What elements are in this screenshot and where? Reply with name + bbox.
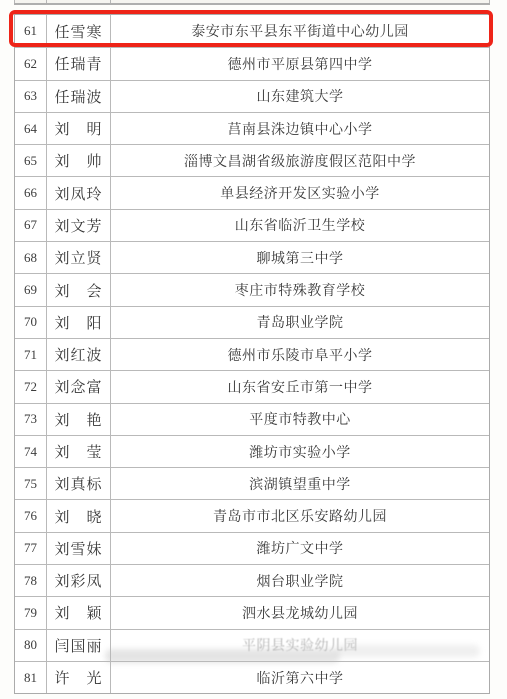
rank-text: 79 (24, 605, 37, 621)
rank-cell: 66 (15, 177, 47, 208)
name-cell: 任雪寒 (47, 15, 111, 47)
name-text: 任瑞青 (54, 53, 102, 74)
rank-text: 74 (24, 444, 37, 460)
name-text: 任雪寒 (54, 21, 102, 42)
school-cell: 莒南县洙边镇中心小学 (111, 113, 489, 144)
rank-cell: 79 (15, 597, 47, 628)
rank-text: 61 (24, 23, 37, 39)
school-text: 德州市乐陵市阜平小学 (228, 345, 373, 365)
rank-text: 67 (24, 217, 37, 233)
rank-cell: 65 (15, 145, 47, 176)
table-row: 78 刘彩凤 烟台职业学院 (15, 564, 489, 596)
table-border-stub (110, 0, 111, 3)
school-text: 单县经济开发区实验小学 (220, 183, 380, 203)
rank-text: 65 (24, 153, 37, 169)
name-cell: 刘真标 (47, 468, 111, 499)
school-cell: 青岛市市北区乐安路幼儿园 (111, 500, 489, 531)
rank-cell: 75 (15, 468, 47, 499)
rank-cell: 61 (15, 15, 47, 47)
name-cell: 刘 阳 (47, 307, 111, 338)
table-row: 76 刘 晓 青岛市市北区乐安路幼儿园 (15, 499, 489, 531)
table-row: 75 刘真标 滨湖镇望重中学 (15, 467, 489, 499)
table-row: 81 许 光 临沂第六中学 (15, 661, 489, 693)
rank-cell: 71 (15, 339, 47, 370)
name-cell: 刘立贤 (47, 242, 111, 273)
table-row: 73 刘 艳 平度市特教中心 (15, 403, 489, 435)
rank-text: 69 (24, 282, 37, 298)
table-row: 69 刘 会 枣庄市特殊教育学校 (15, 273, 489, 305)
rank-cell: 68 (15, 242, 47, 273)
school-cell: 山东建筑大学 (111, 81, 489, 112)
school-text: 山东建筑大学 (257, 86, 344, 106)
name-text: 刘真标 (54, 473, 102, 494)
rank-cell: 72 (15, 371, 47, 402)
rank-cell: 77 (15, 533, 47, 564)
rank-text: 75 (24, 476, 37, 492)
table-row: 70 刘 阳 青岛职业学院 (15, 306, 489, 338)
school-text: 潍坊市实验小学 (249, 442, 351, 462)
school-text: 烟台职业学院 (257, 571, 344, 591)
rank-cell: 78 (15, 565, 47, 596)
rank-cell: 74 (15, 436, 47, 467)
name-text: 刘念富 (54, 376, 102, 397)
rank-cell: 73 (15, 404, 47, 435)
table-row: 66 刘凤玲 单县经济开发区实验小学 (15, 176, 489, 208)
rank-cell: 76 (15, 500, 47, 531)
school-cell: 潍坊广文中学 (111, 533, 489, 564)
rank-text: 73 (24, 411, 37, 427)
name-text: 刘 会 (54, 280, 102, 301)
school-text: 潍坊广文中学 (257, 538, 344, 558)
table-row: 77 刘雪妹 潍坊广文中学 (15, 532, 489, 564)
name-text: 刘雪妹 (54, 538, 102, 559)
rank-text: 66 (24, 185, 37, 201)
table-row: 72 刘念富 山东省安丘市第一中学 (15, 370, 489, 402)
school-cell: 山东省临沂卫生学校 (111, 210, 489, 241)
rank-cell: 69 (15, 274, 47, 305)
rank-text: 68 (24, 250, 37, 266)
rank-text: 78 (24, 573, 37, 589)
school-cell: 聊城第三中学 (111, 242, 489, 273)
roster-table: 61 任雪寒 泰安市东平县东平街道中心幼儿园 62 任瑞青 德州市平原县第四中学… (14, 14, 490, 694)
name-cell: 许 光 (47, 662, 111, 693)
name-cell: 任瑞青 (47, 48, 111, 79)
name-cell: 刘彩凤 (47, 565, 111, 596)
rank-cell: 70 (15, 307, 47, 338)
school-text: 泰安市东平县东平街道中心幼儿园 (191, 21, 409, 41)
name-cell: 刘 帅 (47, 145, 111, 176)
school-text: 聊城第三中学 (257, 248, 344, 268)
school-text: 淄博文昌湖省级旅游度假区范阳中学 (184, 151, 416, 171)
school-cell: 枣庄市特殊教育学校 (111, 274, 489, 305)
school-cell: 潍坊市实验小学 (111, 436, 489, 467)
table-row: 79 刘 颖 泗水县龙城幼儿园 (15, 596, 489, 628)
school-text: 山东省临沂卫生学校 (235, 215, 366, 235)
scanned-roster-page: 61 任雪寒 泰安市东平县东平街道中心幼儿园 62 任瑞青 德州市平原县第四中学… (0, 0, 507, 699)
rank-cell: 67 (15, 210, 47, 241)
table-row: 64 刘 明 莒南县洙边镇中心小学 (15, 112, 489, 144)
school-text: 临沂第六中学 (257, 668, 344, 688)
school-cell: 德州市平原县第四中学 (111, 48, 489, 79)
name-text: 刘红波 (54, 344, 102, 365)
name-text: 刘文芳 (54, 215, 102, 236)
rank-text: 81 (24, 670, 37, 686)
school-text: 平阴县实验幼儿园 (242, 635, 358, 655)
name-text: 任瑞波 (54, 86, 102, 107)
name-cell: 刘 晓 (47, 500, 111, 531)
school-cell: 滨湖镇望重中学 (111, 468, 489, 499)
name-cell: 刘 明 (47, 113, 111, 144)
rank-text: 63 (24, 88, 37, 104)
school-cell: 临沂第六中学 (111, 662, 489, 693)
name-text: 刘 明 (54, 118, 102, 139)
table-row: 71 刘红波 德州市乐陵市阜平小学 (15, 338, 489, 370)
rank-text: 72 (24, 379, 37, 395)
name-text: 许 光 (54, 667, 102, 688)
rank-text: 64 (24, 121, 37, 137)
school-cell: 淄博文昌湖省级旅游度假区范阳中学 (111, 145, 489, 176)
name-text: 刘 颖 (54, 602, 102, 623)
name-text: 刘 晓 (54, 506, 102, 527)
school-cell: 单县经济开发区实验小学 (111, 177, 489, 208)
school-cell: 泰安市东平县东平街道中心幼儿园 (111, 15, 489, 47)
table-row: 62 任瑞青 德州市平原县第四中学 (15, 47, 489, 79)
name-text: 刘立贤 (54, 247, 102, 268)
rank-text: 76 (24, 508, 37, 524)
school-text: 枣庄市特殊教育学校 (235, 280, 366, 300)
name-cell: 刘 艳 (47, 404, 111, 435)
name-cell: 刘凤玲 (47, 177, 111, 208)
rank-text: 70 (24, 314, 37, 330)
table-row: 80 闫国丽 平阴县实验幼儿园 (15, 629, 489, 661)
school-text: 德州市平原县第四中学 (228, 54, 373, 74)
rank-text: 77 (24, 540, 37, 556)
rank-cell: 62 (15, 48, 47, 79)
school-cell: 平阴县实验幼儿园 (111, 630, 489, 661)
table-row: 68 刘立贤 聊城第三中学 (15, 241, 489, 273)
school-cell: 平度市特教中心 (111, 404, 489, 435)
table-border-stub (14, 0, 15, 3)
school-cell: 德州市乐陵市阜平小学 (111, 339, 489, 370)
name-cell: 闫国丽 (47, 630, 111, 661)
table-row: 61 任雪寒 泰安市东平县东平街道中心幼儿园 (15, 15, 489, 47)
name-cell: 刘 颖 (47, 597, 111, 628)
name-cell: 刘文芳 (47, 210, 111, 241)
school-cell: 泗水县龙城幼儿园 (111, 597, 489, 628)
rank-text: 71 (24, 347, 37, 363)
table-border-stub (489, 0, 490, 3)
name-cell: 任瑞波 (47, 81, 111, 112)
name-cell: 刘红波 (47, 339, 111, 370)
school-cell: 青岛职业学院 (111, 307, 489, 338)
school-text: 滨湖镇望重中学 (249, 474, 351, 494)
school-text: 山东省安丘市第一中学 (228, 377, 373, 397)
rank-text: 62 (24, 56, 37, 72)
name-cell: 刘 会 (47, 274, 111, 305)
rank-cell: 63 (15, 81, 47, 112)
name-text: 刘彩凤 (54, 570, 102, 591)
school-text: 莒南县洙边镇中心小学 (228, 119, 373, 139)
school-text: 青岛市市北区乐安路幼儿园 (213, 506, 387, 526)
school-text: 泗水县龙城幼儿园 (242, 603, 358, 623)
name-cell: 刘雪妹 (47, 533, 111, 564)
name-cell: 刘 莹 (47, 436, 111, 467)
table-border-stub (46, 0, 47, 3)
table-row: 63 任瑞波 山东建筑大学 (15, 80, 489, 112)
rank-cell: 81 (15, 662, 47, 693)
name-cell: 刘念富 (47, 371, 111, 402)
name-text: 刘 艳 (54, 409, 102, 430)
name-text: 刘 阳 (54, 312, 102, 333)
name-text: 刘 帅 (54, 150, 102, 171)
school-text: 平度市特教中心 (249, 409, 351, 429)
rank-cell: 80 (15, 630, 47, 661)
school-cell: 山东省安丘市第一中学 (111, 371, 489, 402)
previous-row-remnant (14, 0, 490, 5)
name-text: 刘凤玲 (54, 183, 102, 204)
table-row: 67 刘文芳 山东省临沂卫生学校 (15, 209, 489, 241)
rank-text: 80 (24, 637, 37, 653)
table-row: 65 刘 帅 淄博文昌湖省级旅游度假区范阳中学 (15, 144, 489, 176)
rank-cell: 64 (15, 113, 47, 144)
table-row: 74 刘 莹 潍坊市实验小学 (15, 435, 489, 467)
school-text: 青岛职业学院 (257, 312, 344, 332)
name-text: 闫国丽 (54, 635, 102, 656)
name-text: 刘 莹 (54, 441, 102, 462)
school-cell: 烟台职业学院 (111, 565, 489, 596)
